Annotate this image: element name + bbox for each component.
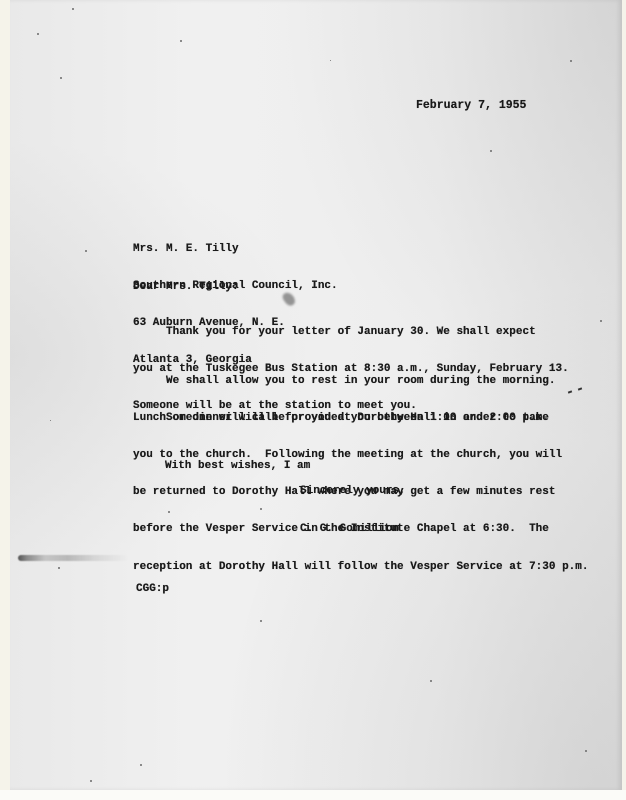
paper-speck xyxy=(600,320,602,322)
paper-speck xyxy=(585,750,587,752)
paragraph-line: Thank you for your letter of January 30.… xyxy=(133,326,563,338)
paper-speck xyxy=(570,60,572,62)
paper-speck xyxy=(260,620,262,622)
paragraph-line: reception at Dorothy Hall will follow th… xyxy=(133,561,563,573)
ink-smudge xyxy=(18,555,128,561)
paper-speck xyxy=(50,420,51,421)
salutation: Dear Mrs. Tilly: xyxy=(133,281,239,293)
paper-speck xyxy=(37,33,39,35)
paper-speck xyxy=(430,680,432,682)
paper-speck xyxy=(180,40,182,42)
paper-speck xyxy=(85,250,87,252)
paper-speck xyxy=(330,60,331,61)
paper-speck xyxy=(60,77,62,79)
paper-speck xyxy=(140,764,142,766)
paper-speck xyxy=(490,150,492,152)
scan-bottom-margin xyxy=(0,790,626,800)
paper-speck xyxy=(58,567,60,569)
letter-date: February 7, 1955 xyxy=(416,100,526,112)
recipient-name: Mrs. M. E. Tilly xyxy=(133,243,338,255)
paragraph-line: Someone will call for you at Dorothy Hal… xyxy=(133,412,563,424)
closing-line: With best wishes, I am xyxy=(165,460,310,472)
complimentary-close: Sincerely yours, xyxy=(300,485,406,497)
reference-initials: CGG:p xyxy=(136,583,169,595)
paper-speck xyxy=(90,780,92,782)
paragraph-line: We shall allow you to rest in your room … xyxy=(133,375,563,387)
paper-speck xyxy=(72,8,74,10)
signature-name: C. G. Gomillion xyxy=(300,523,399,535)
